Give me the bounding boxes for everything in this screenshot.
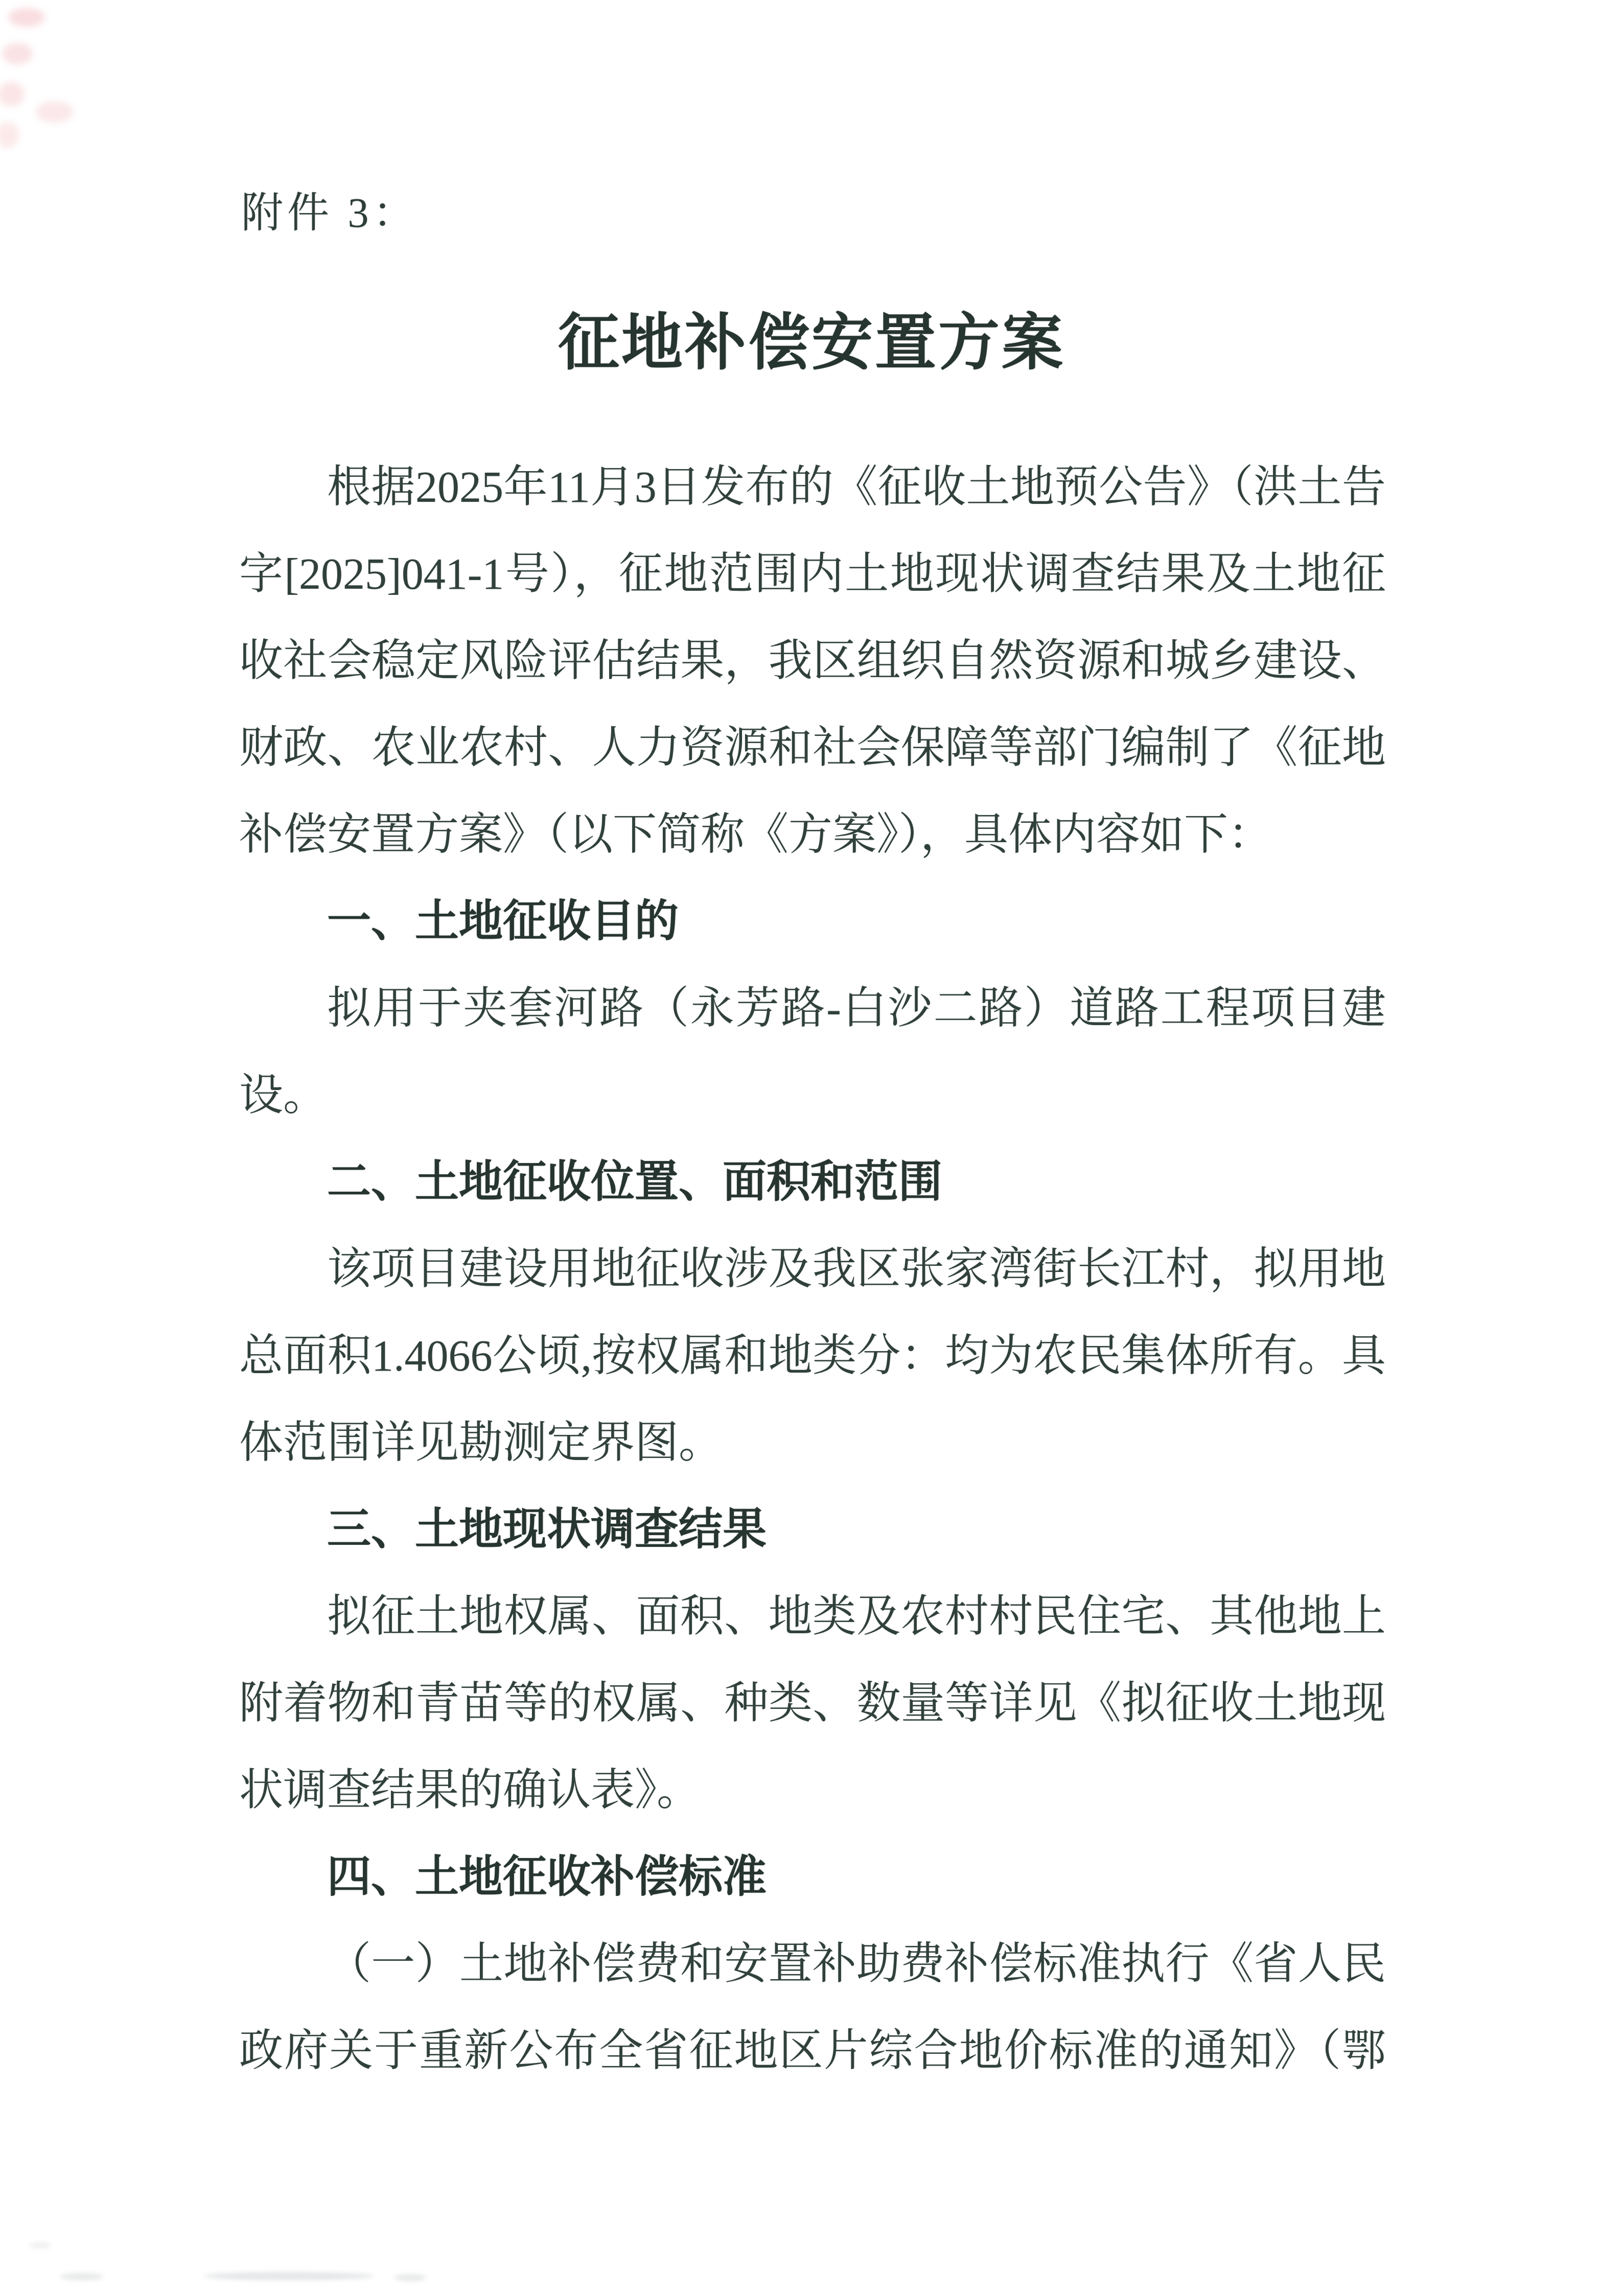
scan-smudge (0, 122, 19, 148)
paragraph-intro-line-4: 财政、农业农村、人力资源和社会保障等部门编制了《征地 (239, 704, 1386, 791)
section-1-line-1: 拟用于夹套河路（永芳路-白沙二路）道路工程项目建 (239, 965, 1386, 1052)
scan-smudge (30, 2242, 51, 2248)
section-3-line-3: 状调查结果的确认表》。 (239, 1747, 1386, 1834)
section-2-line-1: 该项目建设用地征收涉及我区张家湾街长江村，拟用地 (239, 1225, 1386, 1312)
scan-smudge (36, 101, 74, 123)
scan-smudge (8, 8, 45, 27)
section-2-line-3: 体范围详见勘测定界图。 (239, 1399, 1386, 1486)
document-page: 附件 3： 征地补偿安置方案 根据2025年11月3日发布的《征收土地预公告》（… (0, 0, 1623, 2296)
section-heading-3: 三、土地现状调查结果 (239, 1486, 1386, 1573)
document-body: 根据2025年11月3日发布的《征收土地预公告》（洪土告 字[2025]041-… (239, 444, 1386, 2094)
section-3-line-2: 附着物和青苗等的权属、种类、数量等详见《拟征收土地现 (239, 1660, 1386, 1747)
section-heading-2: 二、土地征收位置、面积和范围 (239, 1139, 1386, 1225)
section-4-line-1: （一）土地补偿费和安置补助费补偿标准执行《省人民 (239, 1920, 1386, 2007)
scan-smudge (203, 2272, 374, 2280)
paragraph-intro-line-5: 补偿安置方案》（以下简称《方案》），具体内容如下： (239, 791, 1386, 878)
scan-smudge (395, 2274, 426, 2281)
paragraph-intro-line-3: 收社会稳定风险评估结果，我区组织自然资源和城乡建设、 (239, 617, 1386, 704)
scan-smudge (0, 82, 25, 106)
section-3-line-1: 拟征土地权属、面积、地类及农村村民住宅、其他地上 (239, 1573, 1386, 1660)
paragraph-intro-line-1: 根据2025年11月3日发布的《征收土地预公告》（洪土告 (239, 444, 1386, 530)
section-1-line-2: 设。 (239, 1052, 1386, 1139)
section-4-line-2: 政府关于重新公布全省征地区片综合地价标准的通知》（鄂 (239, 2007, 1386, 2094)
section-2-line-2: 总面积1.4066公顷,按权属和地类分：均为农民集体所有。具 (239, 1312, 1386, 1399)
scan-smudge (2, 43, 33, 64)
document-title: 征地补偿安置方案 (0, 310, 1623, 377)
section-heading-1: 一、土地征收目的 (239, 878, 1386, 965)
attachment-label: 附件 3： (241, 190, 419, 236)
scan-smudge (60, 2273, 103, 2280)
paragraph-intro-line-2: 字[2025]041-1号），征地范围内土地现状调查结果及土地征 (239, 530, 1386, 617)
section-heading-4: 四、土地征收补偿标准 (239, 1834, 1386, 1920)
